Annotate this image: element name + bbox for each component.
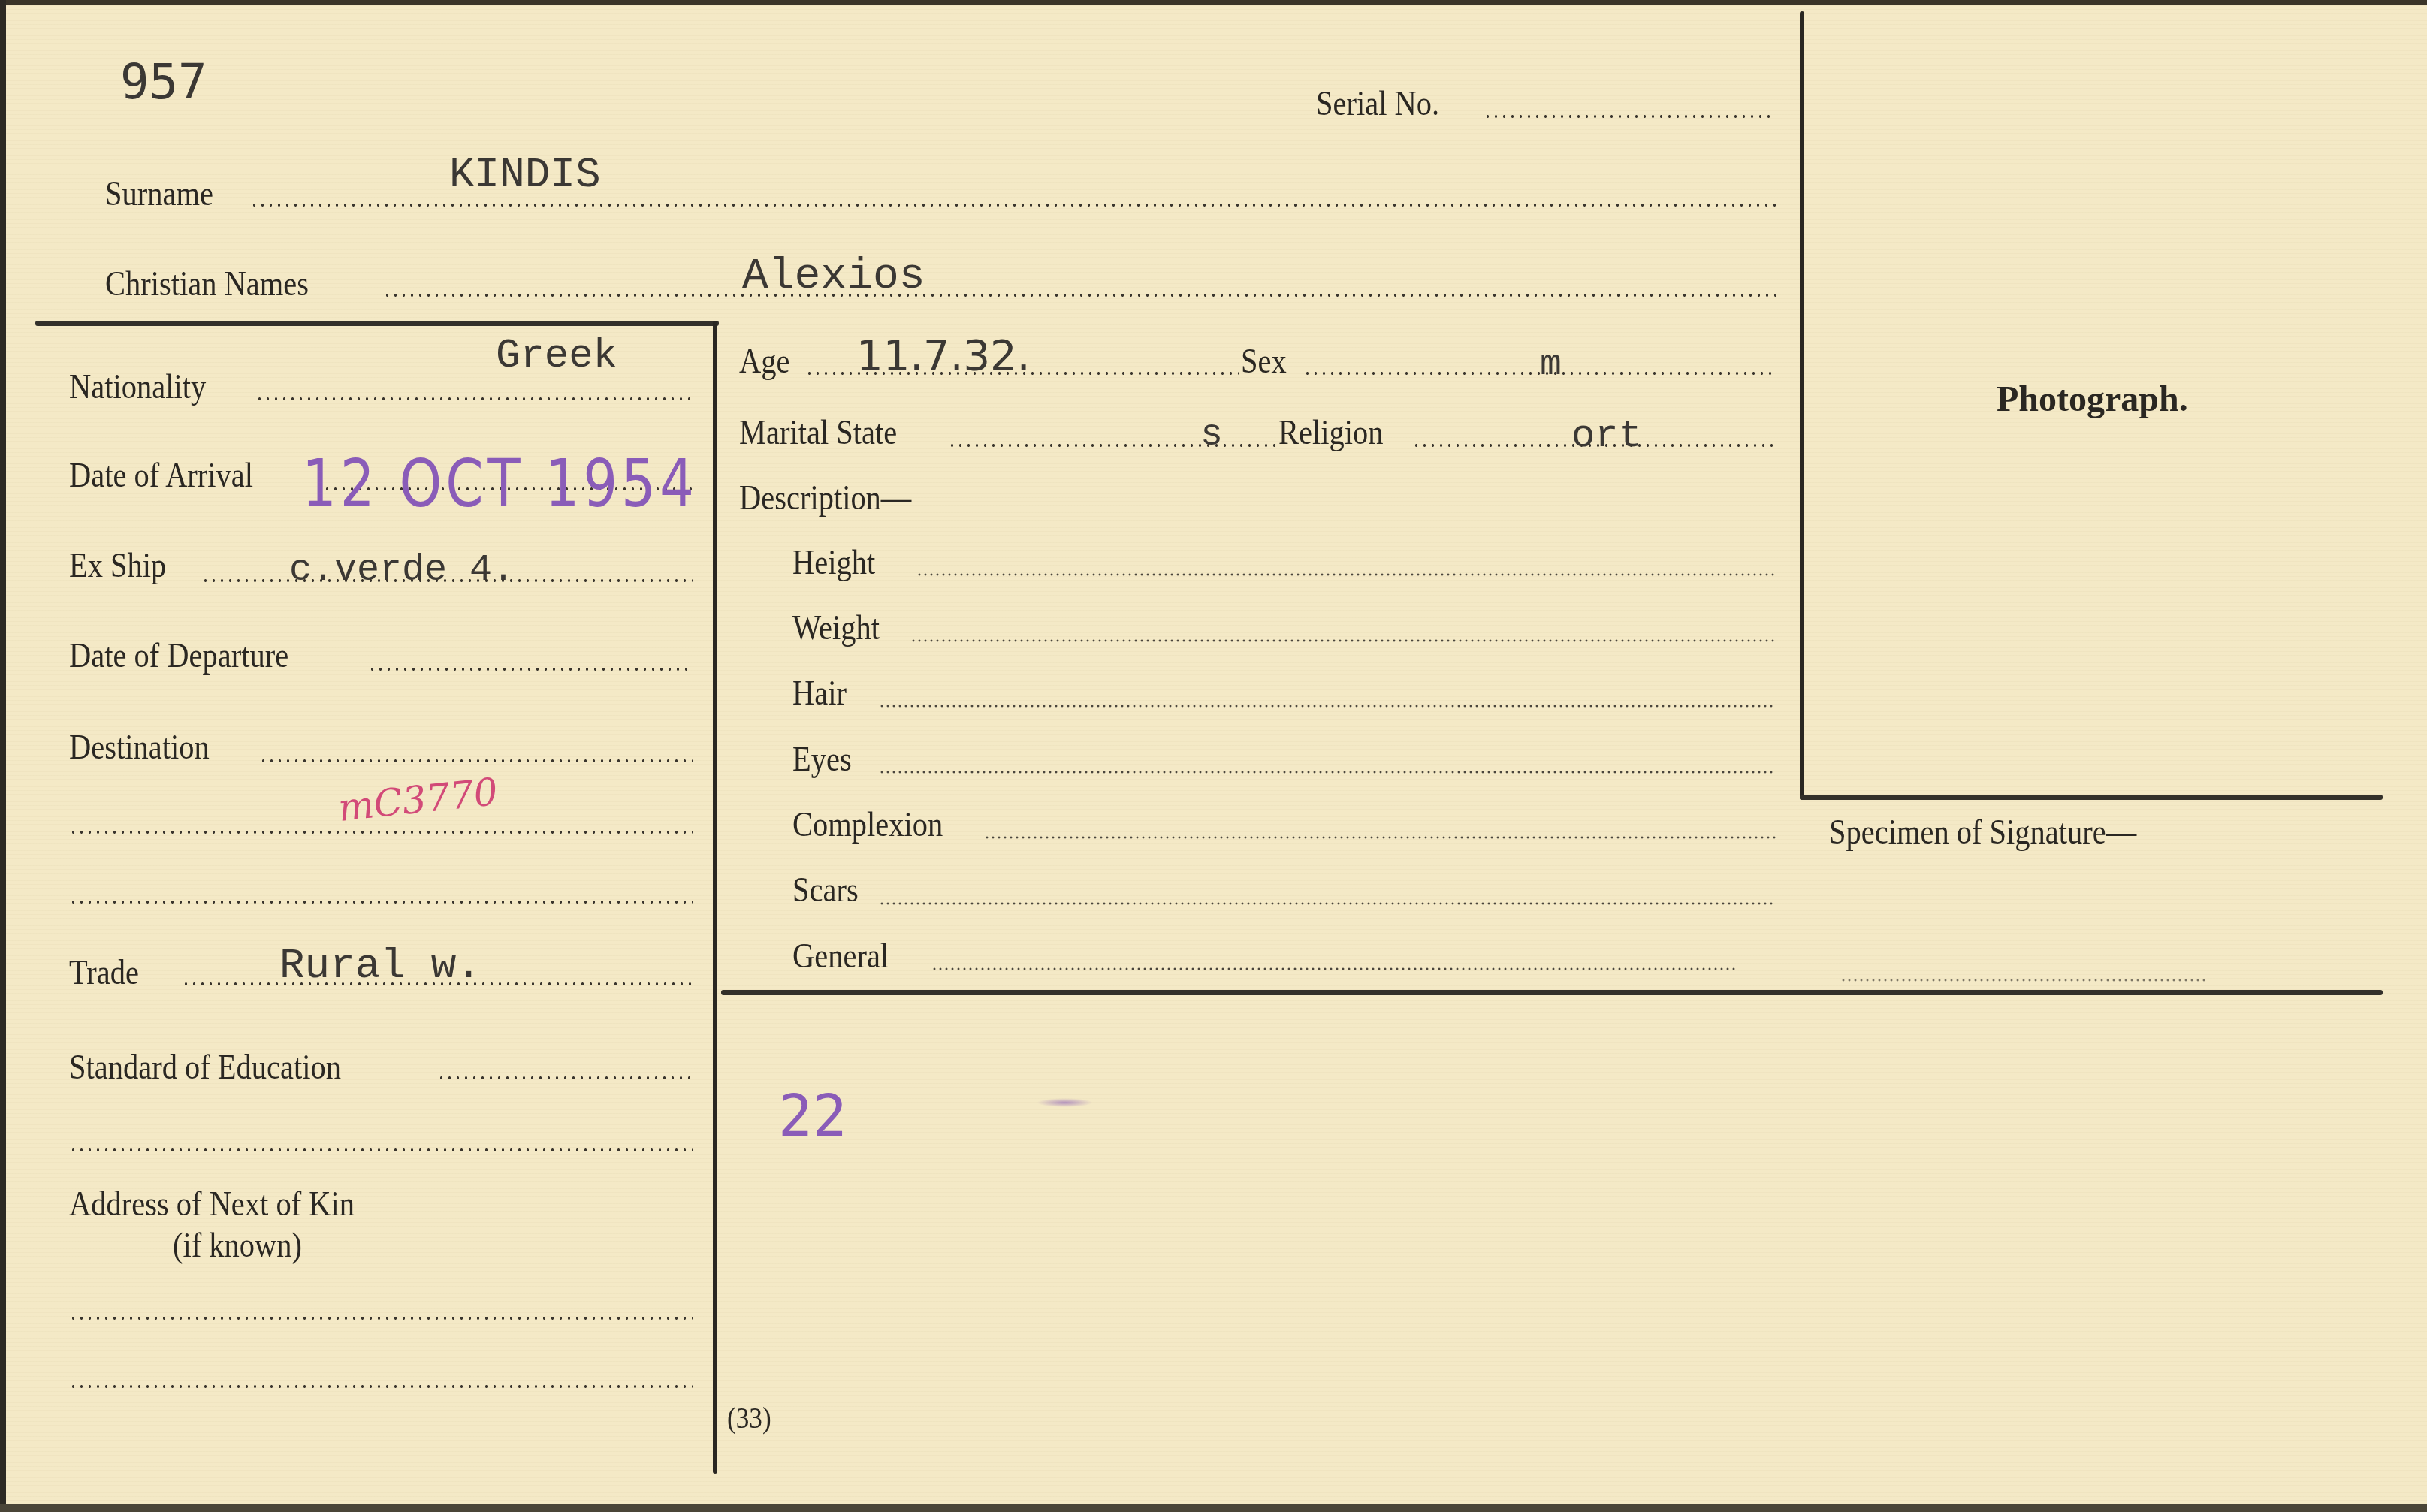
serial-no-field[interactable]: [1484, 114, 1776, 119]
scars-field[interactable]: [879, 901, 1776, 906]
date-of-arrival-label: Date of Arrival: [69, 458, 253, 493]
ex-ship-value: c.verde 4.: [289, 552, 515, 590]
card-bottom-edge: [0, 1504, 2427, 1512]
religion-field[interactable]: [1412, 443, 1776, 448]
date-of-departure-field[interactable]: [368, 667, 693, 671]
height-label: Height: [792, 545, 875, 580]
age-label: Age: [739, 344, 789, 379]
general-label: General: [792, 939, 889, 973]
christian-names-field[interactable]: [383, 293, 1776, 297]
next-of-kin-field-line-2[interactable]: [69, 1384, 693, 1389]
weight-label: Weight: [792, 611, 880, 645]
sex-field[interactable]: [1303, 371, 1776, 376]
photograph-area[interactable]: [1803, 15, 2381, 792]
form-number: (33): [727, 1403, 771, 1433]
card-number: 957: [120, 59, 207, 107]
height-field[interactable]: [916, 572, 1776, 577]
age-field[interactable]: [805, 371, 1239, 376]
education-label: Standard of Education: [69, 1050, 341, 1085]
ex-ship-field[interactable]: [201, 578, 693, 583]
general-field[interactable]: [931, 967, 1735, 971]
hair-label: Hair: [792, 676, 847, 711]
left-box-top-rule: [35, 321, 719, 326]
education-field[interactable]: [437, 1076, 693, 1080]
education-field-line-2[interactable]: [69, 1148, 693, 1152]
description-label: Description—: [739, 481, 911, 515]
eyes-label: Eyes: [792, 742, 852, 777]
alien-registration-card: 957 Serial No. Surname KINDIS Christian …: [0, 0, 2427, 1512]
next-of-kin-field-line-1[interactable]: [69, 1316, 693, 1320]
christian-names-label: Christian Names: [105, 267, 309, 301]
scars-label: Scars: [792, 873, 859, 907]
complexion-label: Complexion: [792, 807, 943, 842]
destination-field-line-3[interactable]: [69, 900, 693, 904]
serial-no-label: Serial No.: [1316, 86, 1439, 121]
description-bottom-rule: [721, 990, 2383, 995]
weight-field[interactable]: [910, 638, 1776, 643]
nationality-label: Nationality: [69, 370, 206, 404]
ex-ship-label: Ex Ship: [69, 548, 166, 583]
destination-field-line-2[interactable]: [69, 830, 693, 834]
signature-field[interactable]: [1840, 978, 2208, 982]
arrival-date-stamp: 12 OCT 1954: [302, 451, 698, 517]
trade-label: Trade: [69, 955, 139, 990]
surname-value: KINDIS: [449, 154, 601, 196]
next-of-kin-sublabel: (if known): [173, 1228, 302, 1263]
complexion-field[interactable]: [984, 835, 1776, 840]
destination-label: Destination: [69, 730, 210, 765]
eyes-field[interactable]: [879, 770, 1776, 774]
surname-field[interactable]: [250, 203, 1776, 207]
stamp-number: 22: [778, 1088, 847, 1145]
surname-label: Surname: [105, 177, 213, 211]
ink-smudge: [1037, 1098, 1093, 1107]
card-left-edge: [0, 0, 6, 1512]
religion-value: ort: [1571, 417, 1642, 456]
marital-state-label: Marital State: [739, 415, 897, 450]
nationality-value: Greek: [496, 337, 617, 377]
signature-label: Specimen of Signature—: [1829, 815, 2136, 850]
marital-state-value: s: [1200, 417, 1223, 454]
card-top-edge: [0, 0, 2427, 5]
nationality-field[interactable]: [255, 397, 693, 401]
hair-field[interactable]: [879, 704, 1776, 708]
next-of-kin-label: Address of Next of Kin: [69, 1187, 355, 1221]
sex-label: Sex: [1241, 344, 1287, 379]
marital-state-field[interactable]: [948, 443, 1278, 448]
destination-handwritten-note: mC3770: [337, 773, 500, 827]
photo-box-bottom-rule: [1800, 795, 2383, 800]
date-of-departure-label: Date of Departure: [69, 638, 288, 673]
trade-field[interactable]: [182, 982, 693, 986]
religion-label: Religion: [1278, 415, 1383, 450]
sex-value: m: [1540, 347, 1562, 383]
left-column-divider: [713, 321, 717, 1474]
trade-value: Rural w.: [279, 945, 481, 987]
destination-field[interactable]: [259, 759, 693, 763]
